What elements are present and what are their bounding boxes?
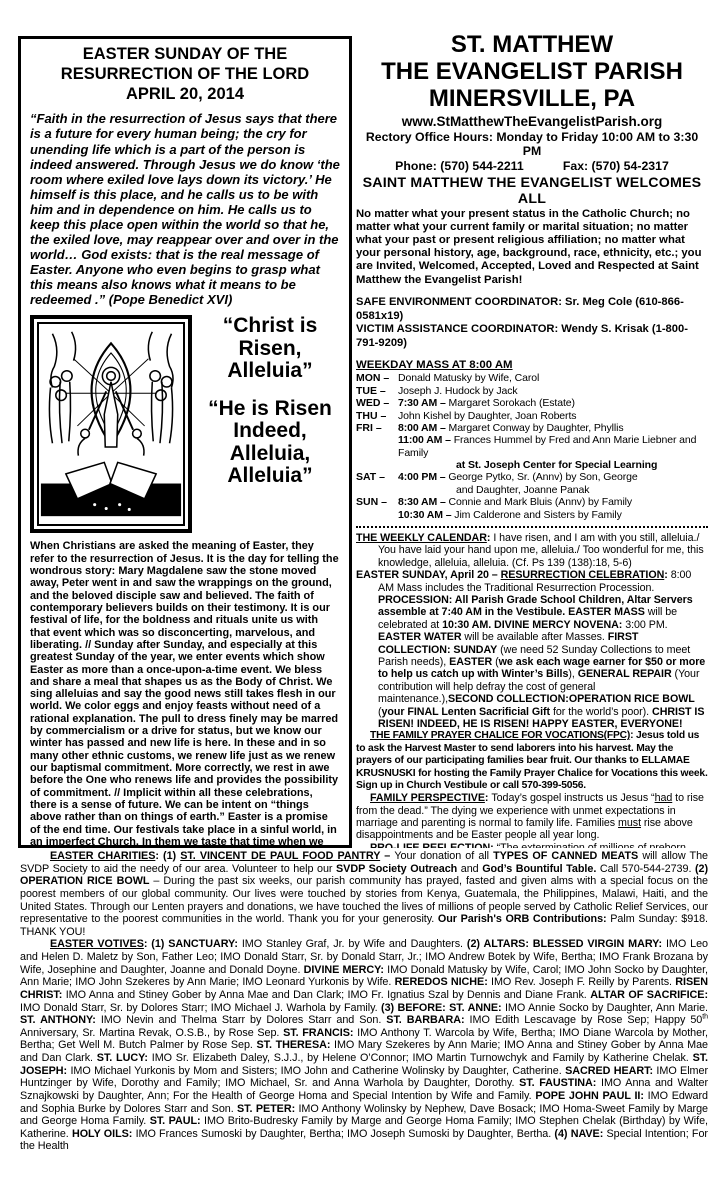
mass-day-label	[414, 459, 456, 471]
weekday-mass-heading: WEEKDAY MASS AT 8:00 AM	[356, 359, 708, 371]
feast-title-line: EASTER SUNDAY OF THE	[30, 45, 340, 65]
family-prayer-chalice-section: THE FAMILY PRAYER CHALICE FOR VOCATIONS(…	[356, 730, 708, 792]
mass-day-label: THU –	[356, 410, 398, 422]
mass-intention-text: 11:00 AM – Frances Hummel by Fred and An…	[398, 434, 708, 459]
resurrection-media-row: “Christ is Risen, Alleluia” “He is Risen…	[30, 315, 340, 533]
parish-title-line: ST. MATTHEW	[356, 32, 708, 59]
office-hours: Rectory Office Hours: Monday to Friday 1…	[356, 130, 708, 158]
fax-number: Fax: (570) 54-2317	[563, 159, 669, 173]
bulletin-sections: THE WEEKLY CALENDAR: I have risen, and I…	[356, 532, 708, 848]
feast-title-line: RESURRECTION OF THE LORD	[30, 65, 340, 85]
mass-intention-text: Donald Matusky by Wife, Carol	[398, 372, 708, 384]
mass-intention-text: Joseph J. Hudock by Jack	[398, 385, 708, 397]
resurrection-icon-image	[37, 322, 185, 526]
pro-life-reflection-section: PRO-LIFE REFLECTION: “The extermination …	[356, 842, 708, 848]
mass-intention-text: 8:00 AM – Margaret Conway by Daughter, P…	[398, 422, 708, 434]
mass-intention-text: 10:30 AM – Jim Calderone and Sisters by …	[398, 509, 708, 521]
mass-row: 10:30 AM – Jim Calderone and Sisters by …	[356, 509, 708, 521]
mass-row: 11:00 AM – Frances Hummel by Fred and An…	[356, 434, 708, 459]
parish-info-column: ST. MATTHEWTHE EVANGELIST PARISHMINERSVI…	[356, 32, 708, 848]
easter-votives-paragraph: EASTER VOTIVES: (1) SANCTUARY: IMO Stanl…	[20, 938, 708, 1153]
mass-row: TUE –Joseph J. Hudock by Jack	[356, 385, 708, 397]
feast-title-line: APRIL 20, 2014	[30, 85, 340, 105]
family-perspective-section: FAMILY PERSPECTIVE: Today’s gospel instr…	[356, 792, 708, 842]
mass-day-label: SAT –	[356, 471, 398, 483]
mass-schedule: MON –Donald Matusky by Wife, Carol TUE –…	[356, 372, 708, 521]
phone-fax-line: Phone: (570) 544-2211 Fax: (570) 54-2317	[356, 159, 708, 173]
parish-bulletin-page: { "left_box": { "title_lines": ["EASTER …	[0, 0, 720, 1185]
mass-intention-text: at St. Joseph Center for Special Learnin…	[456, 459, 708, 471]
mass-row: THU –John Kishel by Daughter, Joan Rober…	[356, 410, 708, 422]
mass-intention-text: 7:30 AM – Margaret Sorokach (Estate)	[398, 397, 708, 409]
feast-title: EASTER SUNDAY OF THERESURRECTION OF THE …	[30, 45, 340, 104]
alleluia-stanza-2: “He is Risen Indeed, Alleluia, Alleluia”	[200, 398, 340, 488]
dotted-separator	[356, 526, 708, 528]
mass-row: WED –7:30 AM – Margaret Sorokach (Estate…	[356, 397, 708, 409]
coordinators-block: SAFE ENVIRONMENT COORDINATOR: Sr. Meg Co…	[356, 296, 708, 351]
phone-number: Phone: (570) 544-2211	[395, 159, 524, 173]
easter-meaning-article: When Christians are asked the meaning of…	[30, 540, 340, 848]
mass-row: and Daughter, Joanne Panak	[356, 484, 708, 496]
welcome-heading: SAINT MATTHEW THE EVANGELIST WELCOMES AL…	[356, 175, 708, 207]
mass-intention-text: 4:00 PM – George Pytko, Sr. (Annv) by So…	[398, 471, 708, 483]
mass-row: at St. Joseph Center for Special Learnin…	[356, 459, 708, 471]
mass-row: SAT –4:00 PM – George Pytko, Sr. (Annv) …	[356, 471, 708, 483]
mass-row: FRI –8:00 AM – Margaret Conway by Daught…	[356, 422, 708, 434]
mass-day-label: WED –	[356, 397, 398, 409]
easter-sunday-panel: EASTER SUNDAY OF THERESURRECTION OF THE …	[18, 36, 352, 848]
easter-sunday-section: EASTER SUNDAY, April 20 – RESURRECTION C…	[356, 569, 708, 730]
resurrection-image-frame	[30, 315, 192, 533]
easter-charities-paragraph: EASTER CHARITIES: (1) ST. VINCENT DE PAU…	[20, 850, 708, 938]
mass-intention-text: 8:30 AM – Connie and Mark Bluis (Annv) b…	[398, 496, 708, 508]
mass-intention-text: and Daughter, Joanne Panak	[456, 484, 708, 496]
coordinator-line: SAFE ENVIRONMENT COORDINATOR: Sr. Meg Co…	[356, 296, 708, 323]
mass-intention-text: John Kishel by Daughter, Joan Roberts	[398, 410, 708, 422]
mass-day-label: SUN –	[356, 496, 398, 508]
mass-day-label	[414, 484, 456, 496]
alleluia-text: “Christ is Risen, Alleluia” “He is Risen…	[200, 315, 340, 533]
coordinator-line: VICTIM ASSISTANCE COORDINATOR: Wendy S. …	[356, 323, 708, 350]
parish-title-line: MINERSVILLE, PA	[356, 86, 708, 113]
mass-day-label: FRI –	[356, 422, 398, 434]
mass-row: SUN –8:30 AM – Connie and Mark Bluis (An…	[356, 496, 708, 508]
parish-title: ST. MATTHEWTHE EVANGELIST PARISHMINERSVI…	[356, 32, 708, 113]
pope-benedict-quote: “Faith in the resurrection of Jesus says…	[30, 111, 340, 307]
bottom-announcements: EASTER CHARITIES: (1) ST. VINCENT DE PAU…	[20, 850, 708, 1180]
parish-title-line: THE EVANGELIST PARISH	[356, 59, 708, 86]
mass-row: MON –Donald Matusky by Wife, Carol	[356, 372, 708, 384]
mass-day-label: TUE –	[356, 385, 398, 397]
mass-day-label	[356, 509, 398, 521]
mass-day-label	[356, 434, 398, 459]
mass-day-label: MON –	[356, 372, 398, 384]
welcome-statement: No matter what your present status in th…	[356, 208, 708, 287]
weekly-calendar-section: THE WEEKLY CALENDAR: I have risen, and I…	[356, 532, 708, 569]
alleluia-stanza-1: “Christ is Risen, Alleluia”	[200, 315, 340, 382]
website-url: www.StMatthewTheEvangelistParish.org	[356, 114, 708, 129]
